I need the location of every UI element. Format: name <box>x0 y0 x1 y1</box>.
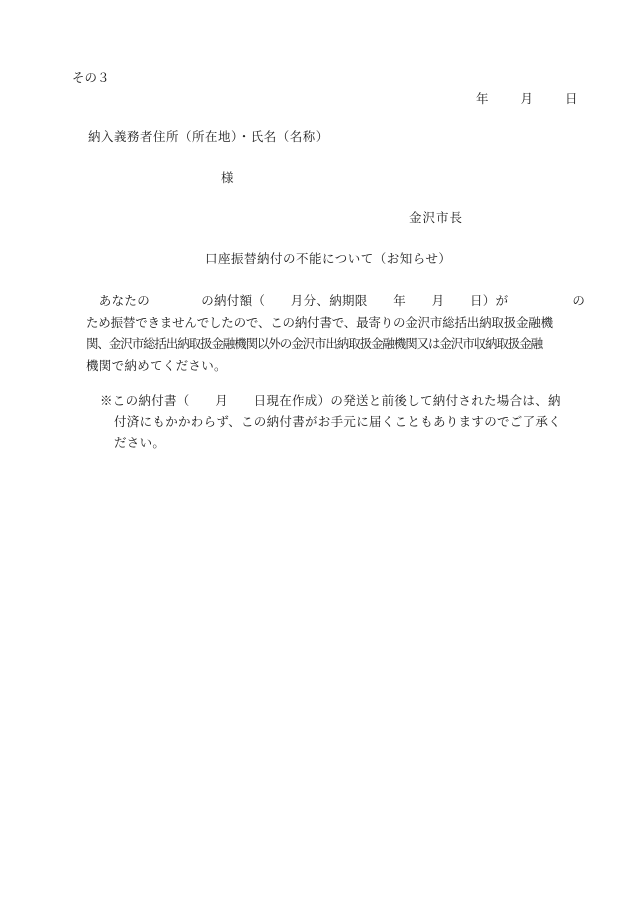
body-paragraph: あなたの の納付額（ 月分、納期限 年 月 日）が の ため振替できませんでした… <box>86 290 584 376</box>
date-line: 年 月 日 <box>476 93 578 106</box>
note-line: ださい。 <box>100 432 586 453</box>
note-line: ※この納付書（ 月 日現在作成）の発送と前後して納付された場合は、納 <box>100 390 586 411</box>
body-line: 関、金沢市総括出納取扱金融機関以外の金沢市出納取扱金融機関又は金沢市収納取扱金融 <box>86 333 584 355</box>
body-line: ため振替できませんでしたので、この納付書で、最寄りの金沢市総括出納取扱金融機 <box>86 312 584 334</box>
addressee-label: 納入義務者住所（所在地）・氏名（名称） <box>88 131 329 144</box>
sender: 金沢市長 <box>409 212 463 225</box>
honorific: 様 <box>221 172 234 185</box>
date-month: 月 <box>521 93 534 106</box>
document-title: 口座振替納付の不能について（お知らせ） <box>205 253 451 266</box>
body-line: 機関で納めてください。 <box>86 355 584 377</box>
note-line: 付済にもかかわらず、この納付書がお手元に届くこともありますのでご了承く <box>100 411 586 432</box>
note-paragraph: ※この納付書（ 月 日現在作成）の発送と前後して納付された場合は、納 付済にもか… <box>100 390 586 453</box>
body-line: あなたの の納付額（ 月分、納期限 年 月 日）が の <box>86 290 584 312</box>
date-day: 日 <box>565 93 578 106</box>
form-number: その３ <box>72 72 110 85</box>
date-year: 年 <box>476 93 489 106</box>
